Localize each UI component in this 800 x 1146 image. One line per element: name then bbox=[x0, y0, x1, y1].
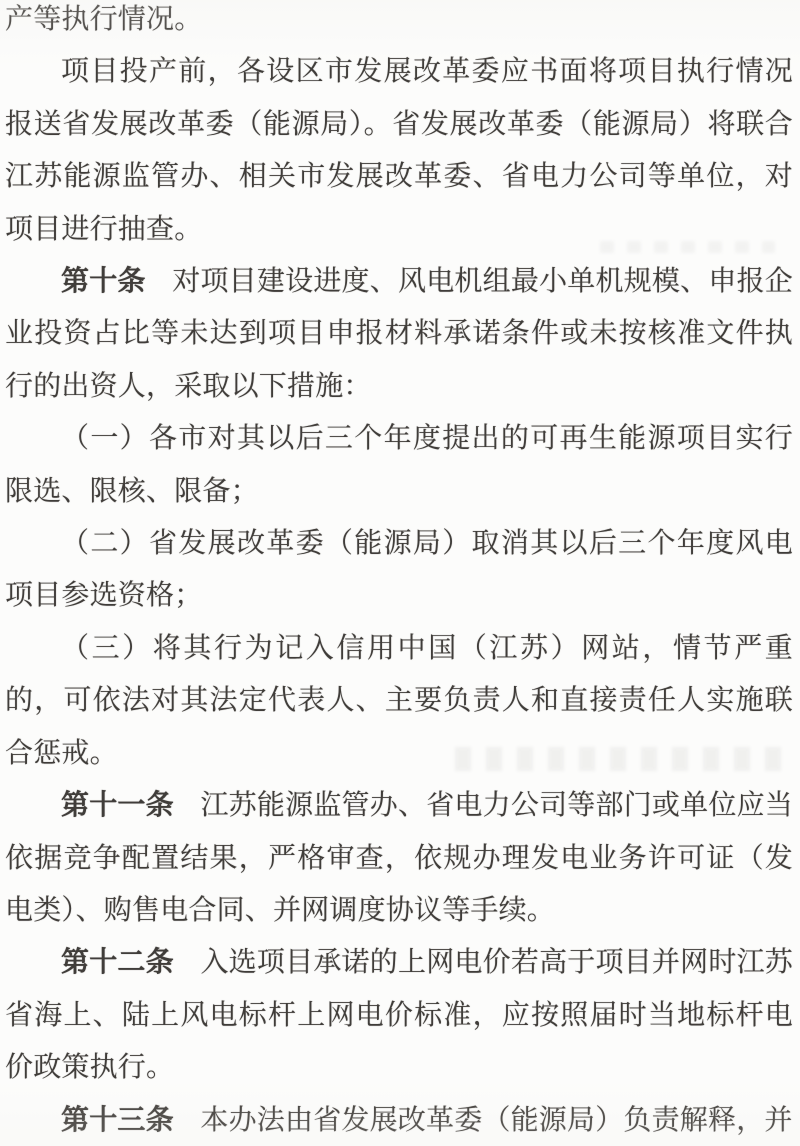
article-10-label: 第十条 bbox=[61, 266, 146, 297]
paragraph-item-3: （三）将其行为记入信用中国（江苏）网站，情节严重的，可依法对其法定代表人、主要负… bbox=[5, 623, 793, 780]
article-12-label: 第十二条 bbox=[61, 947, 174, 978]
document-page: 产等执行情况。 项目投产前，各设区市发展改革委应书面将项目执行情况报送省发展改革… bbox=[0, 0, 800, 1146]
paragraph-text: 本办法由省发展改革委（能源局）负责解释，并 bbox=[200, 1105, 792, 1136]
paragraph-article-13: 第十三条本办法由省发展改革委（能源局）负责解释，并 bbox=[5, 1095, 793, 1146]
paragraph-article-12: 第十二条入选项目承诺的上网电价若高于项目并网时江苏省海上、陆上风电标杆上网电价标… bbox=[5, 937, 793, 1094]
paragraph-project-reporting: 项目投产前，各设区市发展改革委应书面将项目执行情况报送省发展改革委（能源局）。省… bbox=[5, 46, 793, 256]
paragraph-text: （一）各市对其以后三个年度提出的可再生能源项目实行限选、限核、限备； bbox=[5, 423, 793, 506]
paragraph-text: （二）省发展改革委（能源局）取消其以后三个年度风电项目参选资格； bbox=[5, 528, 793, 611]
paragraph-item-1: （一）各市对其以后三个年度提出的可再生能源项目实行限选、限核、限备； bbox=[5, 413, 793, 518]
paragraph-article-11: 第十一条江苏能源监管办、省电力公司等部门或单位应当依据竞争配置结果，严格审查，依… bbox=[5, 780, 793, 937]
paragraph-text: （三）将其行为记入信用中国（江苏）网站，情节严重的，可依法对其法定代表人、主要负… bbox=[5, 633, 793, 769]
article-13-label: 第十三条 bbox=[61, 1105, 174, 1136]
paragraph-text: 产等执行情况。 bbox=[5, 4, 202, 35]
paragraph-item-2: （二）省发展改革委（能源局）取消其以后三个年度风电项目参选资格； bbox=[5, 518, 793, 623]
document-text: 产等执行情况。 项目投产前，各设区市发展改革委应书面将项目执行情况报送省发展改革… bbox=[5, 0, 793, 1146]
paragraph-text: 项目投产前，各设区市发展改革委应书面将项目执行情况报送省发展改革委（能源局）。省… bbox=[5, 56, 793, 244]
paragraph-continuation: 产等执行情况。 bbox=[5, 0, 793, 46]
article-11-label: 第十一条 bbox=[61, 790, 174, 821]
paragraph-article-10: 第十条对项目建设进度、风电机组最小单机规模、申报企业投资占比等未达到项目申报材料… bbox=[5, 256, 793, 413]
